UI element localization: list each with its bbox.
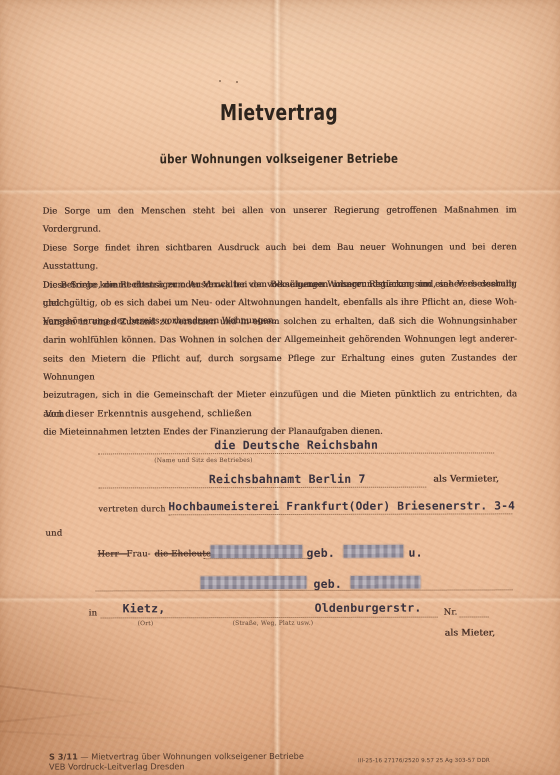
field-line-address: Kietz, Oldenburgerstr. <box>101 600 438 619</box>
page-subtitle-text: über Wohnungen volkseigener Betriebe <box>160 151 399 167</box>
representative-entry: Hochbaumeisterei Frankfurt(Oder) Briesen… <box>168 499 512 513</box>
page-subtitle: über Wohnungen volkseigener Betriebe <box>0 150 559 166</box>
paragraph-2-line: gleichgültig, ob es sich dabei um Neu- o… <box>43 294 517 314</box>
nr-label: Nr. <box>444 608 458 618</box>
company-name-caption: (Name und Sitz des Betriebes) <box>154 457 252 464</box>
scanned-rental-contract-page: Mietvertrag über Wohnungen volkseigener … <box>0 0 560 775</box>
field-line-company-name: die Deutsche Reichsbahn <box>98 435 494 454</box>
footer-form-title: Mietvertrag über Wohnungen volkseigener … <box>91 751 304 762</box>
footer-print-code: III-25-16 27176/2520 9.57 25 Ag 303-57 D… <box>358 757 490 764</box>
salutation-herr-struck: Herr— <box>97 549 127 559</box>
city-entry: Kietz, <box>123 601 166 615</box>
field-line-house-number <box>460 599 489 617</box>
field-line-tenant-2 <box>95 572 512 591</box>
salutation-frau: Frau <box>126 549 147 559</box>
und-label: und <box>45 529 62 539</box>
vertreten-durch-label: vertreten durch <box>98 504 165 513</box>
footer-dash: — <box>80 752 88 762</box>
paragraph-2-line: darin wohlfühlen können. Das Wohnen in s… <box>43 331 517 351</box>
redacted-tenant-1-name <box>210 545 302 558</box>
paragraph-1-line: Die Sorge um den Menschen steht bei alle… <box>43 201 517 239</box>
und-abbrev: u. <box>408 546 422 560</box>
paragraph-2-line: nungen in einen Zustand zu versetzen und… <box>43 312 517 332</box>
geb-label-1: geb. <box>306 546 335 560</box>
street-caption: (Straße, Weg, Platz usw.) <box>233 620 314 627</box>
street-entry: Oldenburgerstr. <box>315 601 422 615</box>
footer-imprint: S 3/11 — Mietvertrag über Wohnungen volk… <box>49 752 304 772</box>
in-label: in <box>89 608 98 618</box>
als-mieter-label: als Mieter, <box>445 628 495 638</box>
paragraph-2-line: seits den Mietern die Pflicht auf, durch… <box>43 349 517 387</box>
redacted-tenant-1-birthname <box>343 545 403 558</box>
footer-publisher: VEB Vordruck-Leitverlag Dresden <box>49 762 304 772</box>
page-title-text: Mietvertrag <box>220 101 338 126</box>
document-content: Mietvertrag über Wohnungen volkseigener … <box>0 0 560 775</box>
paragraph-1-line: Diese Sorge findet ihren sichtbaren Ausd… <box>43 238 517 276</box>
field-line-representative: Hochbaumeisterei Frankfurt(Oder) Briesen… <box>168 495 512 515</box>
paragraph-2-line: Die Betriebe, die Rechtsträger oder Verw… <box>43 275 517 295</box>
intro-line: Von dieser Erkenntnis ausgehend, schließ… <box>45 409 252 420</box>
als-vermieter-label: als Vermieter, <box>433 474 499 484</box>
footer-form-code: S 3/11 <box>49 752 78 762</box>
salutation-dash: - <box>147 549 150 559</box>
ort-caption: (Ort) <box>138 620 154 627</box>
page-title: Mietvertrag <box>0 100 559 126</box>
landlord-office-entry: Reichsbahnamt Berlin 7 <box>98 472 426 487</box>
landlord-name-entry: die Deutsche Reichsbahn <box>98 437 494 452</box>
field-line-office: Reichsbahnamt Berlin 7 <box>98 468 426 489</box>
